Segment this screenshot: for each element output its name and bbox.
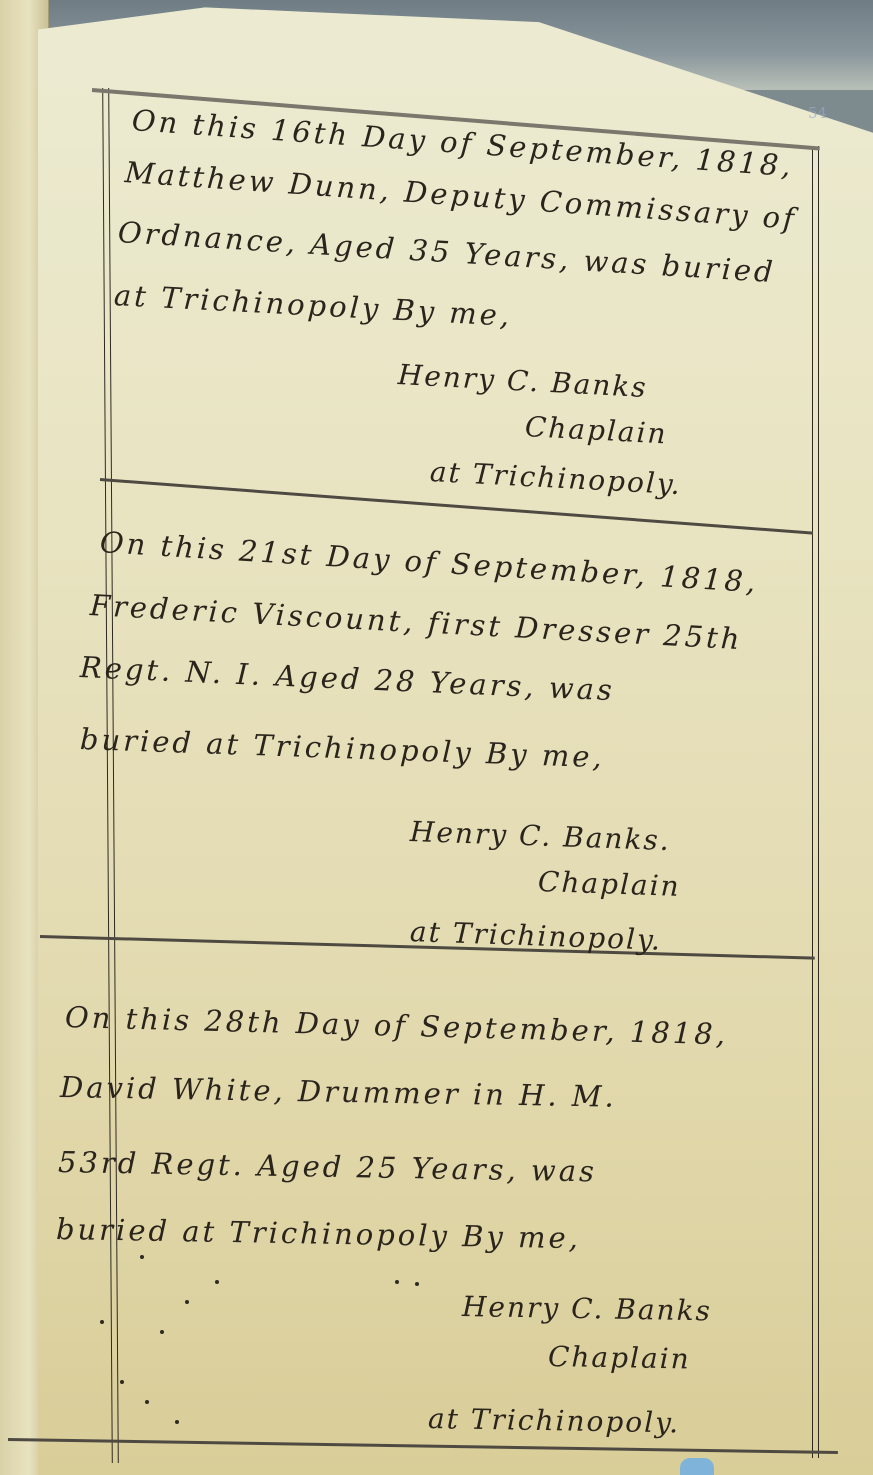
right-margin-rule: [812, 146, 819, 1458]
bookmark-tab: [680, 1458, 714, 1475]
signature-title: Chaplain: [548, 1340, 691, 1375]
page-number: 54: [808, 104, 827, 122]
signature-name: Henry C. Banks: [462, 1290, 713, 1327]
signature-title: Chaplain: [537, 865, 681, 903]
signature-place: at Trichinopoly.: [428, 1402, 681, 1439]
